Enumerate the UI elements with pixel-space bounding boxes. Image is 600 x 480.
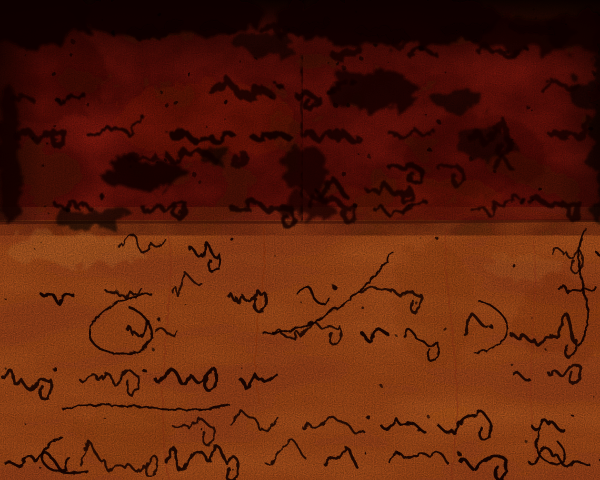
ink-speck (434, 235, 437, 238)
ink-speck (360, 305, 363, 308)
ink-speck (128, 164, 130, 166)
ink-speck (526, 105, 530, 109)
ink-dot (275, 81, 281, 87)
ink-stroke (512, 26, 548, 30)
ink-speck (512, 264, 515, 267)
ink-dot (97, 192, 103, 198)
ink-speck (154, 159, 157, 162)
ink-dot (366, 415, 370, 419)
ink-speck (426, 147, 430, 151)
ink-speck (199, 427, 201, 429)
ink-speck (591, 70, 595, 74)
ink-speck (150, 347, 153, 350)
ink-dot (142, 368, 146, 372)
ink-speck (564, 22, 566, 24)
ink-speck (223, 99, 228, 104)
ink-dot (324, 19, 331, 26)
ink-speck (184, 303, 186, 305)
ink-speck (396, 450, 399, 453)
ink-speck (269, 95, 272, 98)
ink-dot (478, 21, 485, 28)
ink-dot (517, 195, 524, 202)
ink-speck (86, 102, 89, 105)
ink-speck (67, 326, 68, 327)
ink-speck (418, 46, 422, 50)
ink-speck (286, 27, 289, 30)
ink-speck (186, 72, 189, 75)
ink-speck (103, 126, 105, 128)
ink-speck (111, 30, 116, 35)
ink-speck (510, 362, 513, 365)
ink-speck (100, 18, 101, 19)
ink-speck (511, 201, 513, 203)
ink-speck (165, 103, 169, 107)
ink-speck (373, 43, 376, 46)
ink-speck (42, 204, 44, 206)
ink-speck (164, 158, 167, 161)
ink-speck (238, 60, 240, 62)
ink-speck (354, 10, 355, 11)
ink-speck (3, 297, 5, 299)
ink-speck (424, 113, 426, 115)
ink-speck (485, 323, 488, 326)
ink-speck (239, 366, 241, 368)
ink-speck (223, 117, 225, 119)
ink-speck (386, 60, 388, 62)
ink-speck (332, 102, 337, 107)
ink-speck (156, 11, 160, 15)
ink-dot (229, 237, 232, 240)
ink-dot (331, 284, 336, 289)
ink-speck (46, 142, 48, 144)
ink-speck (426, 414, 429, 417)
ink-speck (341, 171, 346, 176)
ink-speck (443, 327, 447, 331)
ink-speck (205, 125, 207, 127)
ink-speck (545, 349, 547, 351)
ink-speck (340, 64, 345, 69)
painting-canvas (0, 0, 600, 480)
ink-dot (364, 452, 366, 454)
artwork (0, 0, 600, 480)
ink-dot (559, 17, 564, 22)
ink-speck (231, 467, 233, 469)
ink-speck (357, 153, 359, 155)
ink-speck (326, 61, 328, 63)
ink-speck (177, 209, 181, 213)
ink-speck (345, 102, 349, 106)
ink-speck (531, 198, 533, 200)
ink-speck (39, 466, 41, 468)
ink-speck (334, 60, 338, 64)
ink-speck (394, 333, 396, 335)
ink-speck (532, 8, 534, 10)
ink-speck (596, 104, 598, 106)
ink-dot (157, 317, 161, 321)
ink-speck (65, 207, 70, 212)
ink-speck (115, 289, 118, 292)
ink-speck (467, 156, 472, 161)
ink-speck (68, 52, 71, 55)
ink-speck (444, 71, 446, 73)
ink-speck (55, 98, 59, 102)
ink-speck (40, 241, 42, 243)
ink-speck (52, 123, 55, 126)
ink-speck (533, 16, 535, 18)
ink-speck (197, 179, 201, 183)
ink-speck (70, 38, 74, 42)
ink-speck (30, 136, 33, 139)
ink-speck (253, 56, 255, 58)
ink-speck (298, 300, 300, 302)
ink-speck (118, 376, 121, 379)
ink-speck (418, 236, 420, 238)
ink-speck (530, 317, 532, 319)
ink-speck (504, 49, 509, 54)
center-crease (300, 55, 302, 218)
ink-dot (521, 43, 526, 48)
ink-speck (537, 186, 541, 190)
ink-speck (47, 211, 49, 213)
ink-speck (41, 164, 44, 167)
ink-speck (23, 422, 25, 424)
ink-speck (24, 53, 26, 55)
ink-blotch (429, 84, 481, 108)
ink-speck (159, 90, 162, 93)
ink-speck (353, 203, 357, 207)
ink-speck (191, 171, 196, 176)
ink-speck (510, 138, 512, 140)
ink-dot (52, 366, 56, 370)
ink-speck (414, 300, 417, 303)
ink-speck (407, 203, 408, 204)
ink-speck (531, 109, 533, 111)
ink-speck (588, 126, 592, 130)
ink-speck (592, 395, 593, 396)
ink-dot (349, 79, 356, 86)
ink-speck (51, 71, 56, 76)
ink-speck (416, 427, 419, 430)
ink-speck (358, 55, 362, 59)
ink-dot (456, 451, 460, 455)
ink-speck (524, 439, 527, 442)
ink-speck (103, 416, 105, 418)
ink-speck (492, 169, 495, 172)
ink-speck (379, 384, 382, 387)
ink-speck (274, 254, 276, 256)
ink-dot (571, 414, 573, 416)
ink-speck (313, 188, 316, 191)
ink-speck (33, 247, 34, 248)
ink-speck (3, 366, 5, 368)
ink-speck (174, 101, 178, 105)
ink-speck (436, 119, 440, 123)
ink-speck (367, 154, 371, 158)
